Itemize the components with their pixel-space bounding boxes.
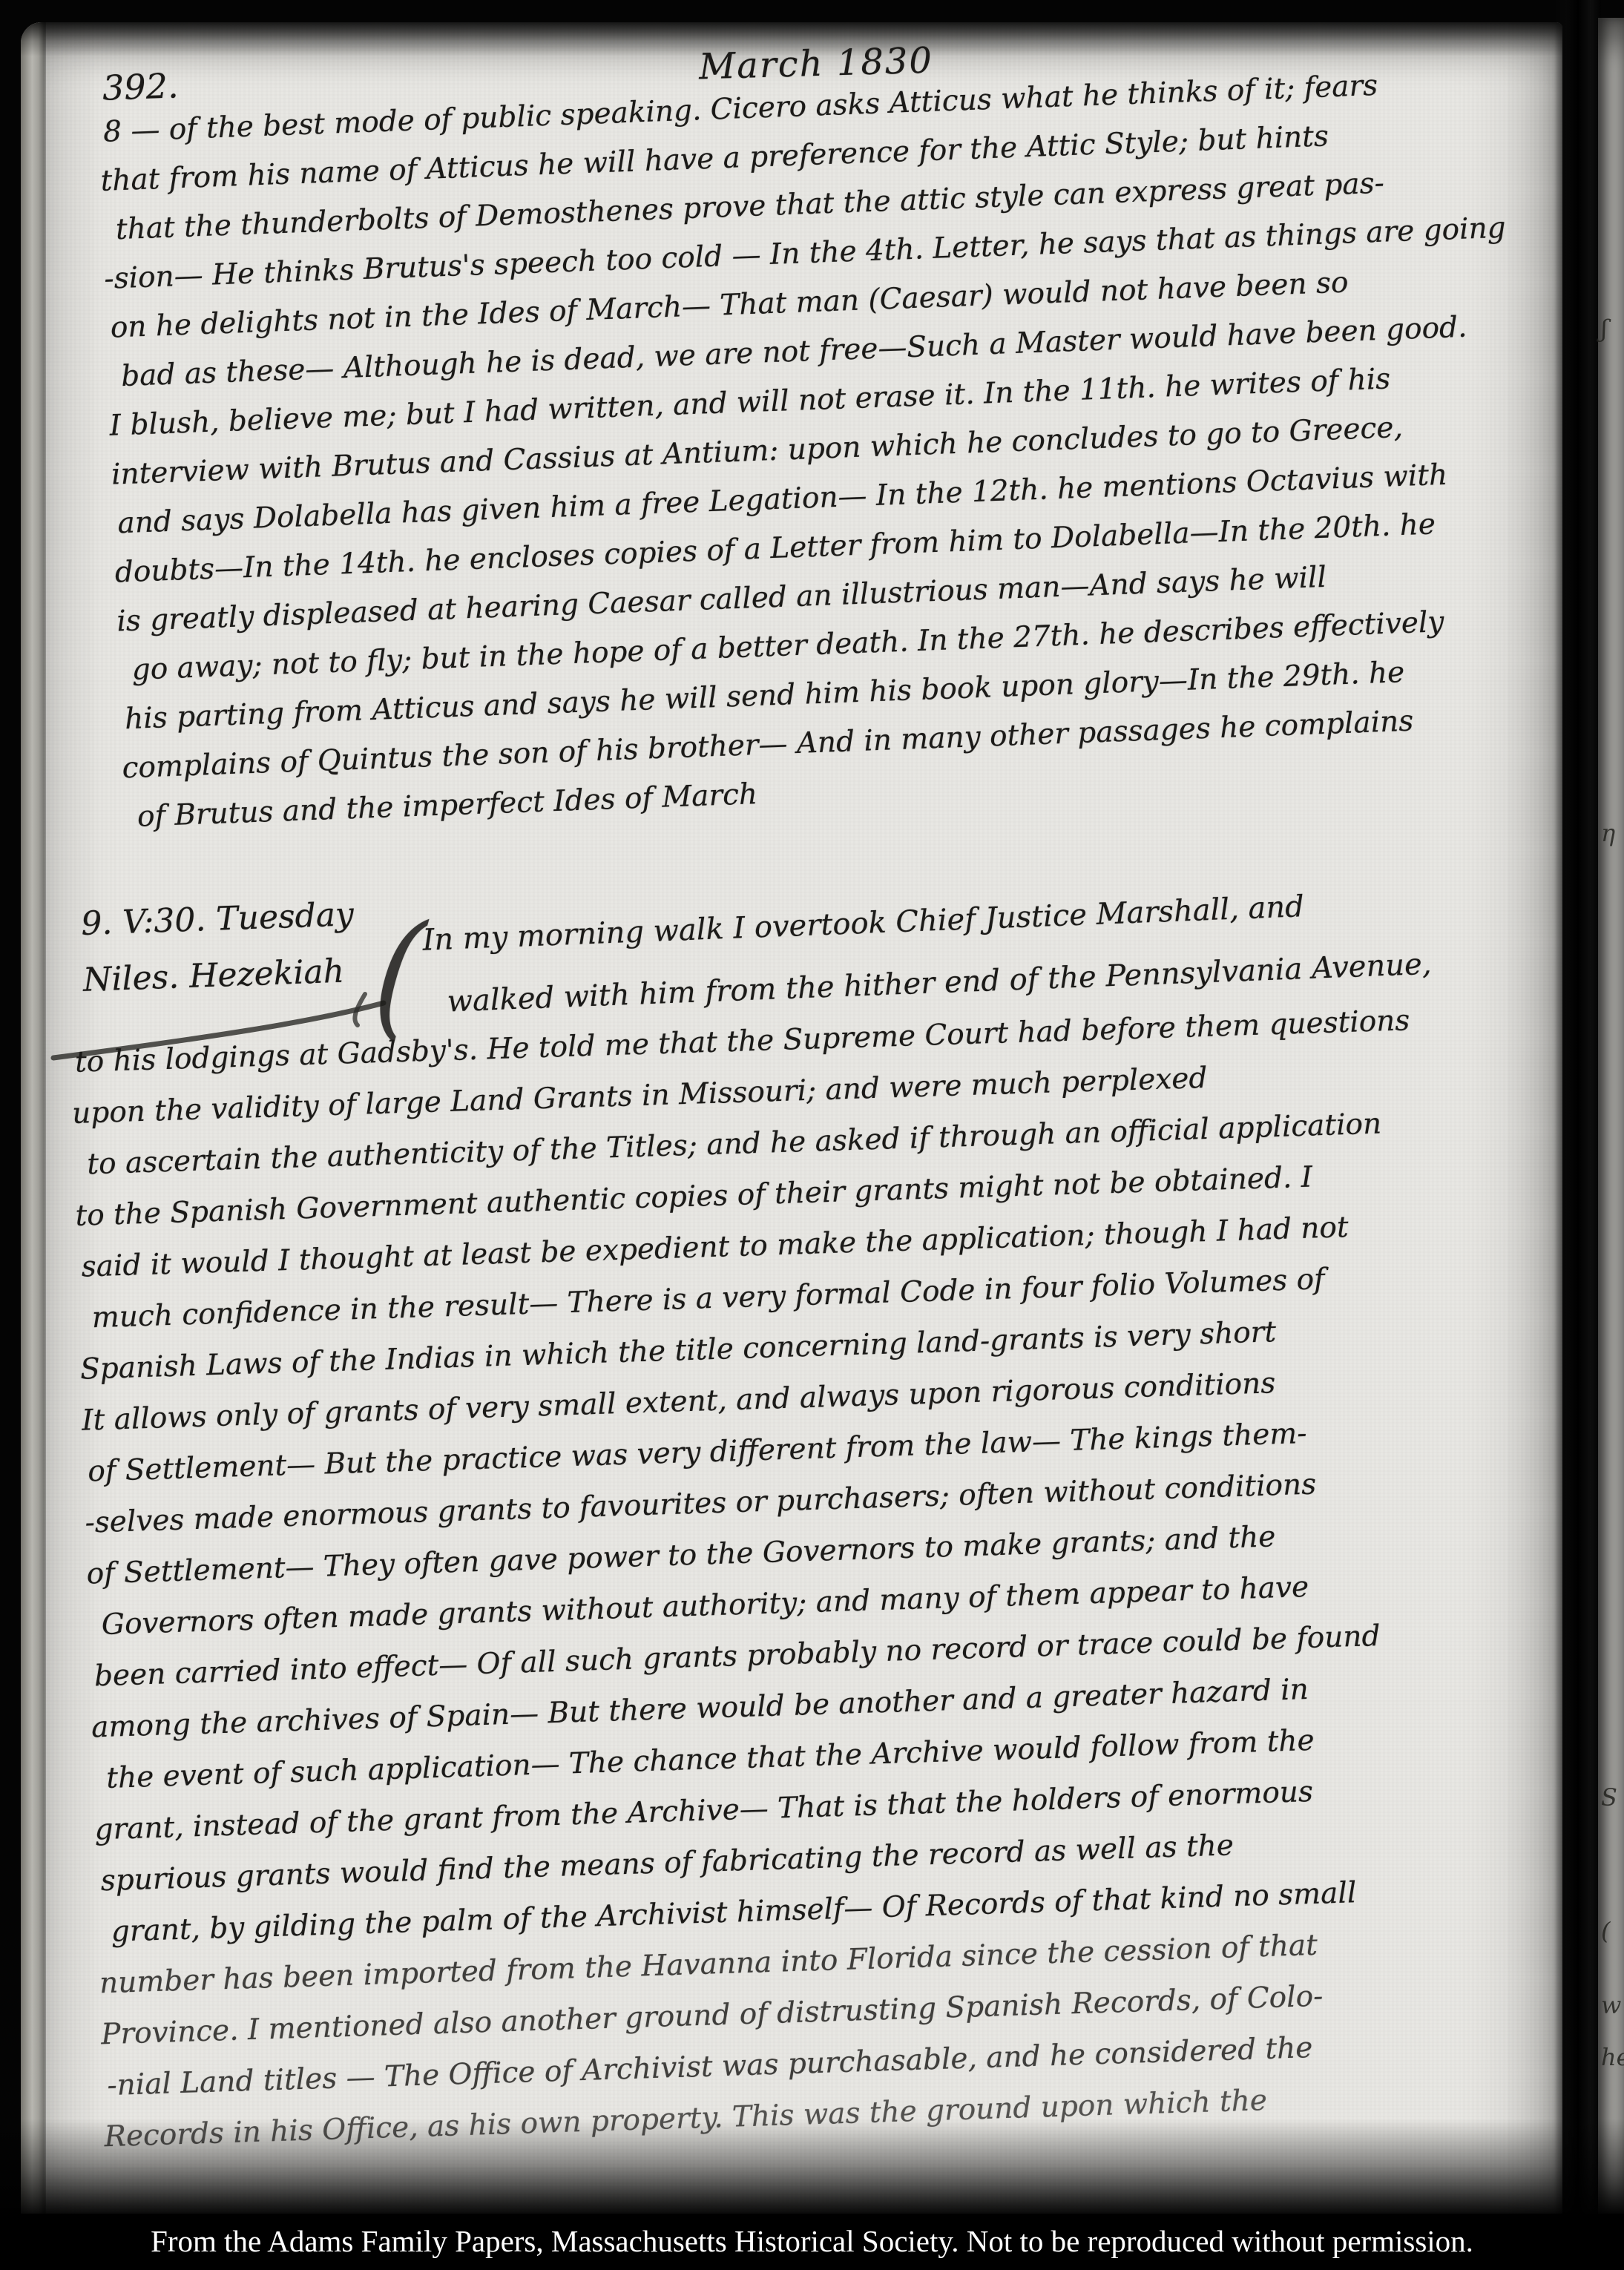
credit-text: From the Adams Family Papers, Massachuse… (0, 2214, 1624, 2269)
diary-entry-march-8: 8 — of the best mode of public speaking.… (98, 57, 1526, 843)
facing-page-ink-fragment: ʃ (1601, 315, 1608, 343)
diary-entry-march-9-body: to his lodgings at Gadsby's. He told me … (70, 995, 1444, 2162)
facing-page-ink-fragment: S (1601, 1783, 1617, 1812)
manuscript-scan: 392. March 1830 8 — of the best mode of … (0, 0, 1624, 2270)
facing-page-ink-fragment: ( (1601, 1917, 1610, 1945)
book-gutter (1554, 0, 1601, 2215)
page-shadow-bottom (0, 2119, 1624, 2215)
facing-page-edge: ʃ η S ( w he (1598, 18, 1624, 2215)
page-edge-left (21, 22, 46, 2214)
entry-date-label: 9. V:30. Tuesday (80, 886, 355, 953)
page-number: 392. (102, 65, 179, 108)
facing-page-ink-fragment: he (1601, 2043, 1624, 2071)
credit-banner: From the Adams Family Papers, Massachuse… (0, 2214, 1624, 2270)
facing-page-ink-fragment: w (1601, 1991, 1621, 2019)
facing-page-ink-fragment: η (1601, 819, 1615, 847)
